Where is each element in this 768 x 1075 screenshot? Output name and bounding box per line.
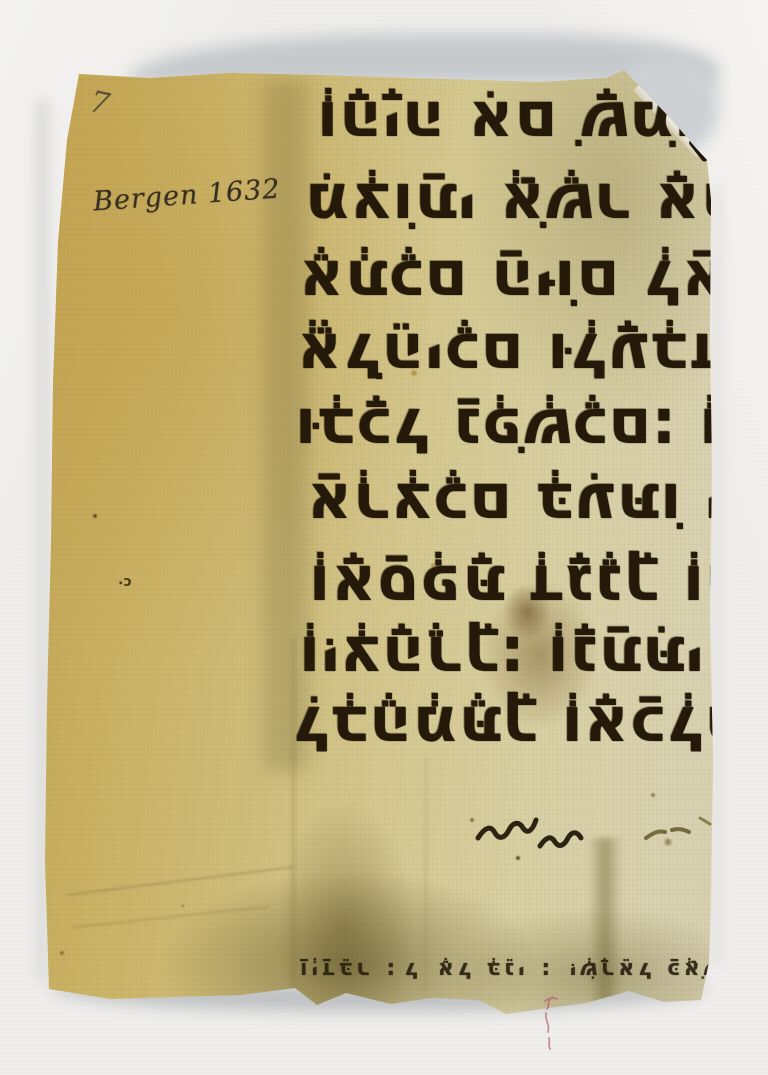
photo-backdrop: 7 Bergen 1632 c· וְהָיָה אִם שָׁמֹעַ תִּ… [0, 0, 768, 1075]
red-ink-mark [0, 0, 768, 1075]
